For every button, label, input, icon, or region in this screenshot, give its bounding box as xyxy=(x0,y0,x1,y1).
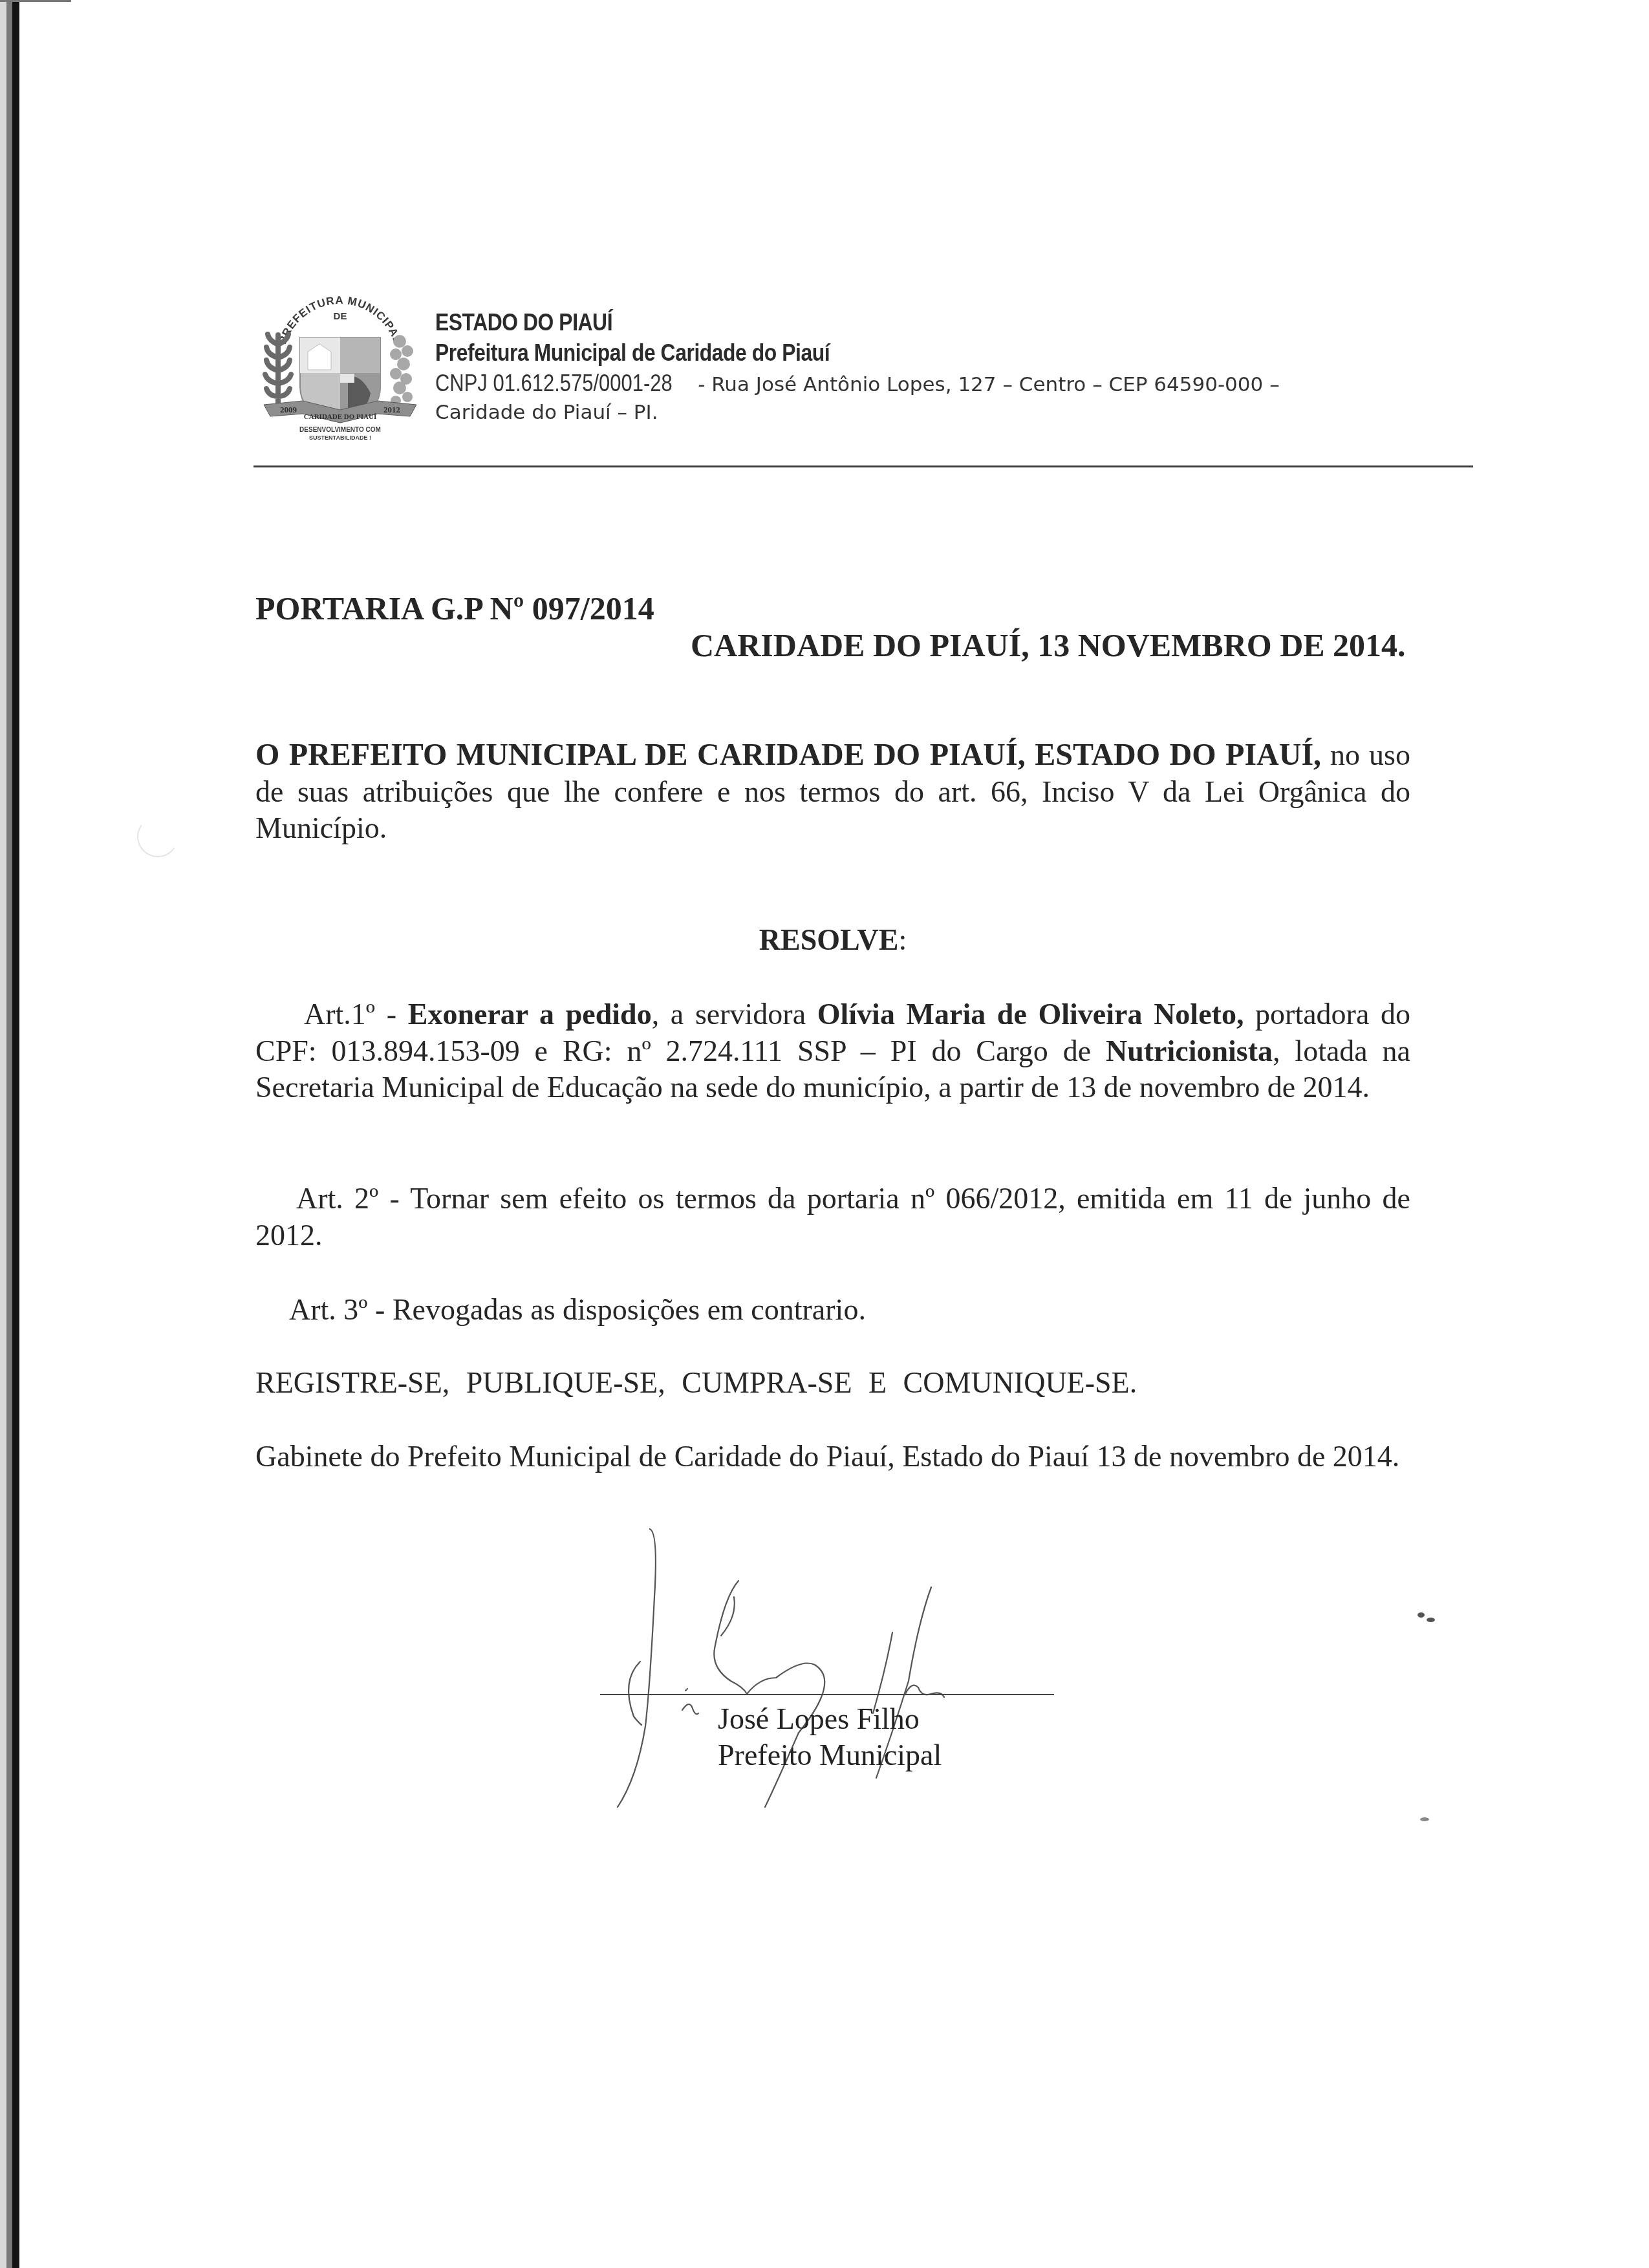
preamble-paragraph: O PREFEITO MUNICIPAL DE CARIDADE DO PIAU… xyxy=(255,737,1410,847)
scan-edge-dark xyxy=(12,0,19,2268)
letterhead-cnpj: CNPJ 01.612.575/0001-28 xyxy=(435,370,673,397)
place-date: CARIDADE DO PIAUÍ, 13 NOVEMBRO DE 2014. xyxy=(691,626,1406,664)
employee-name: Olívia Maria de Oliveira Noleto, xyxy=(817,998,1244,1031)
letterhead-address: CNPJ 01.612.575/0001-28 - Rua José Antôn… xyxy=(435,370,1280,397)
municipal-coat-of-arms-icon: PREFEITURA MUNICIPAL DE 2009 CARIDADE DO… xyxy=(257,290,423,445)
article-1: Art.1º - Exonerar a pedido, a servidora … xyxy=(255,996,1410,1106)
signer-title: Prefeito Municipal xyxy=(718,1738,942,1772)
scan-speck xyxy=(1420,1817,1429,1821)
letterhead-street: - Rua José Antônio Lopes, 127 – Centro –… xyxy=(691,373,1279,396)
article-1-label: Art.1º - xyxy=(304,998,408,1031)
svg-text:SUSTENTABILIDADE !: SUSTENTABILIDADE ! xyxy=(309,434,371,441)
letterhead-city: Caridade do Piauí – PI. xyxy=(435,401,658,424)
svg-text:2012: 2012 xyxy=(383,405,400,414)
svg-text:DESENVOLVIMENTO COM: DESENVOLVIMENTO COM xyxy=(299,427,381,434)
article-3: Art. 3º - Revogadas as disposições em co… xyxy=(255,1292,1410,1329)
signature-line xyxy=(600,1694,1054,1695)
svg-text:CARIDADE DO PIAUÍ: CARIDADE DO PIAUÍ xyxy=(304,413,376,421)
svg-text:DE: DE xyxy=(334,311,347,322)
scan-edge-top xyxy=(0,0,71,2)
preamble-lead: O PREFEITO MUNICIPAL DE CARIDADE DO PIAU… xyxy=(255,738,1321,772)
article-2: Art. 2º - Tornar sem efeito os termos da… xyxy=(255,1181,1410,1254)
portaria-number: PORTARIA G.P Nº 097/2014 xyxy=(255,590,654,627)
signer-name: José Lopes Filho xyxy=(718,1702,920,1736)
letterhead-prefecture: Prefeitura Municipal de Caridade do Piau… xyxy=(435,339,830,367)
employee-position: Nutricionista xyxy=(1106,1034,1273,1067)
issued-at: Gabinete do Prefeito Municipal de Carida… xyxy=(255,1439,1410,1475)
scan-edge-light xyxy=(0,0,6,2268)
article-1-text: , a servidora xyxy=(652,998,817,1031)
resolve-colon: : xyxy=(898,923,907,956)
article-1-action: Exonerar a pedido xyxy=(408,998,652,1031)
letterhead-state: ESTADO DO PIAUÍ xyxy=(435,309,612,336)
closing-formula: REGISTRE-SE, PUBLIQUE-SE, CUMPRA-SE E CO… xyxy=(255,1365,1410,1402)
scan-edge-shadow xyxy=(6,0,12,2268)
scan-speck xyxy=(1427,1618,1435,1622)
resolve-heading: RESOLVE: xyxy=(0,923,1649,957)
scan-speck xyxy=(1417,1612,1425,1618)
svg-text:2009: 2009 xyxy=(280,405,297,414)
scan-arc-mark xyxy=(134,813,182,861)
letterhead-divider xyxy=(253,465,1473,467)
resolve-label: RESOLVE xyxy=(759,923,899,956)
